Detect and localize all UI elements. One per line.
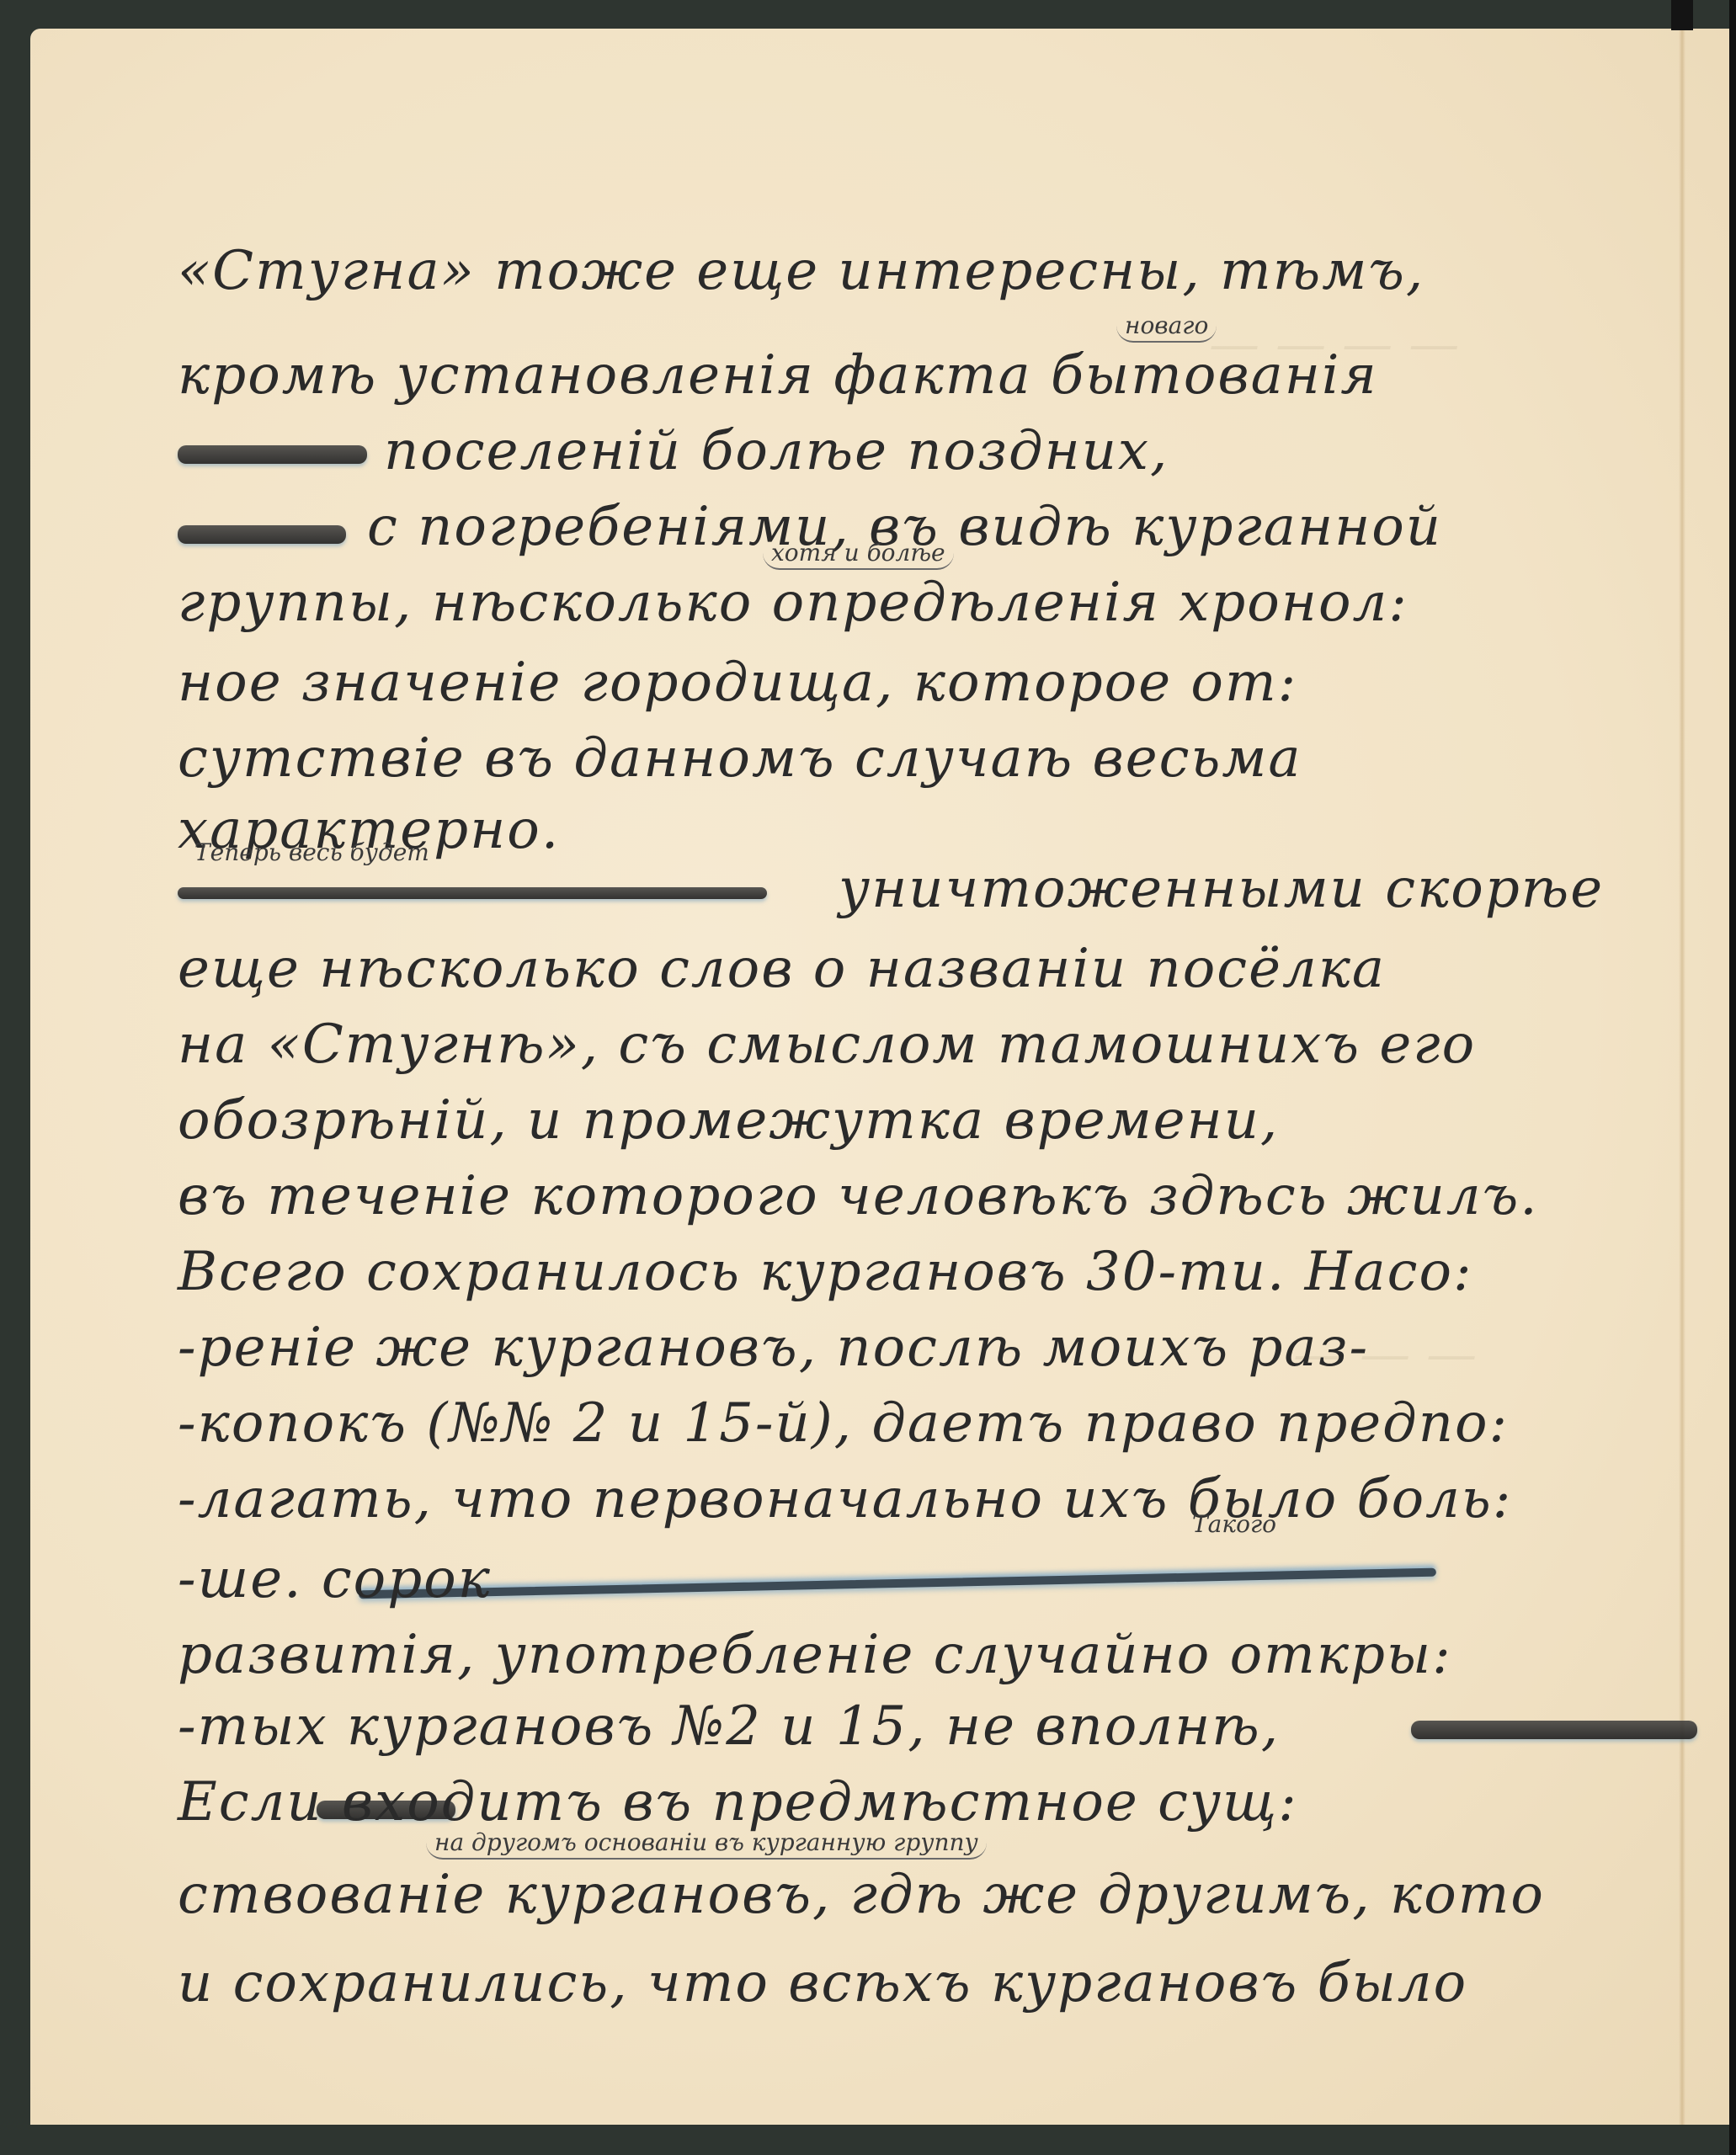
text-line-2: кромѣ установленія факта бытованія [178,349,1718,402]
insertion-above-line-18: Такого [1184,1510,1285,1540]
insertion-above-line-9: Теперь весь будет [186,838,438,868]
text-line-15: -реніе же кургановъ, послѣ моихъ раз- [178,1321,1718,1375]
strikethrough-line-20 [1411,1721,1697,1739]
text-line-21: Если входитъ въ предмѣстное сущ: [178,1775,1718,1829]
page-edge-notch [1671,0,1693,30]
insertion-above-line-2: новаго [1116,311,1217,343]
insertion-above-line-5: хотя и болѣе [763,539,954,570]
text-line-19: развитія, употребленіе случайно откры: [178,1628,1718,1682]
text-line-17: -лагать, что первоначально ихъ было боль… [178,1472,1718,1526]
text-line-1: «Стугна» тоже еще интересны, тѣмъ, [178,244,1718,298]
text-line-12: обозрѣній, и промежутка времени, [178,1093,1718,1147]
strikethrough-line-9 [178,887,767,899]
strikethrough-line-4 [178,525,346,544]
text-line-13: въ теченіе которого человѣкъ здѣсь жилъ. [178,1169,1718,1223]
text-line-18: -ше. сорок [178,1552,1718,1606]
text-line-4: с погребеніями, въ видѣ курганной [367,500,1714,554]
text-line-10: еще нѣсколько слов о названіи посёлка [178,942,1718,996]
text-line-6: ное значеніе городища, которое от: [178,656,1718,710]
text-line-16: -копокъ (№№ 2 и 15-й), даетъ право предп… [178,1397,1718,1450]
insertion-above-line-22: на другомъ основаніи въ курганную группу [426,1828,987,1860]
text-line-7: сутствіе въ данномъ случаѣ весьма [178,732,1718,785]
text-line-23: и сохранились, что всѣхъ кургановъ было [178,1956,1718,2010]
text-line-9: уничтоженными скорѣе [839,862,1714,916]
manuscript-page: — — — — — — — «Стугна» тоже еще интересн… [30,29,1736,2125]
text-line-5: группы, нѣсколько опредѣленія хронол: [178,576,1718,630]
text-line-3: поселеній болѣе поздних, [384,424,1714,478]
text-line-20: -тых кургановъ №2 и 15, не вполнѣ, [178,1700,1407,1753]
text-line-22: ствованіе кургановъ, гдѣ же другимъ, кот… [178,1868,1718,1922]
text-line-14: Всего сохранилось кургановъ 30-ти. Насо: [178,1245,1718,1299]
text-line-11: на «Стугнѣ», съ смыслом тамошнихъ его [178,1018,1718,1072]
scan-edge [1729,0,1736,2155]
strikethrough-line-3 [178,445,367,464]
